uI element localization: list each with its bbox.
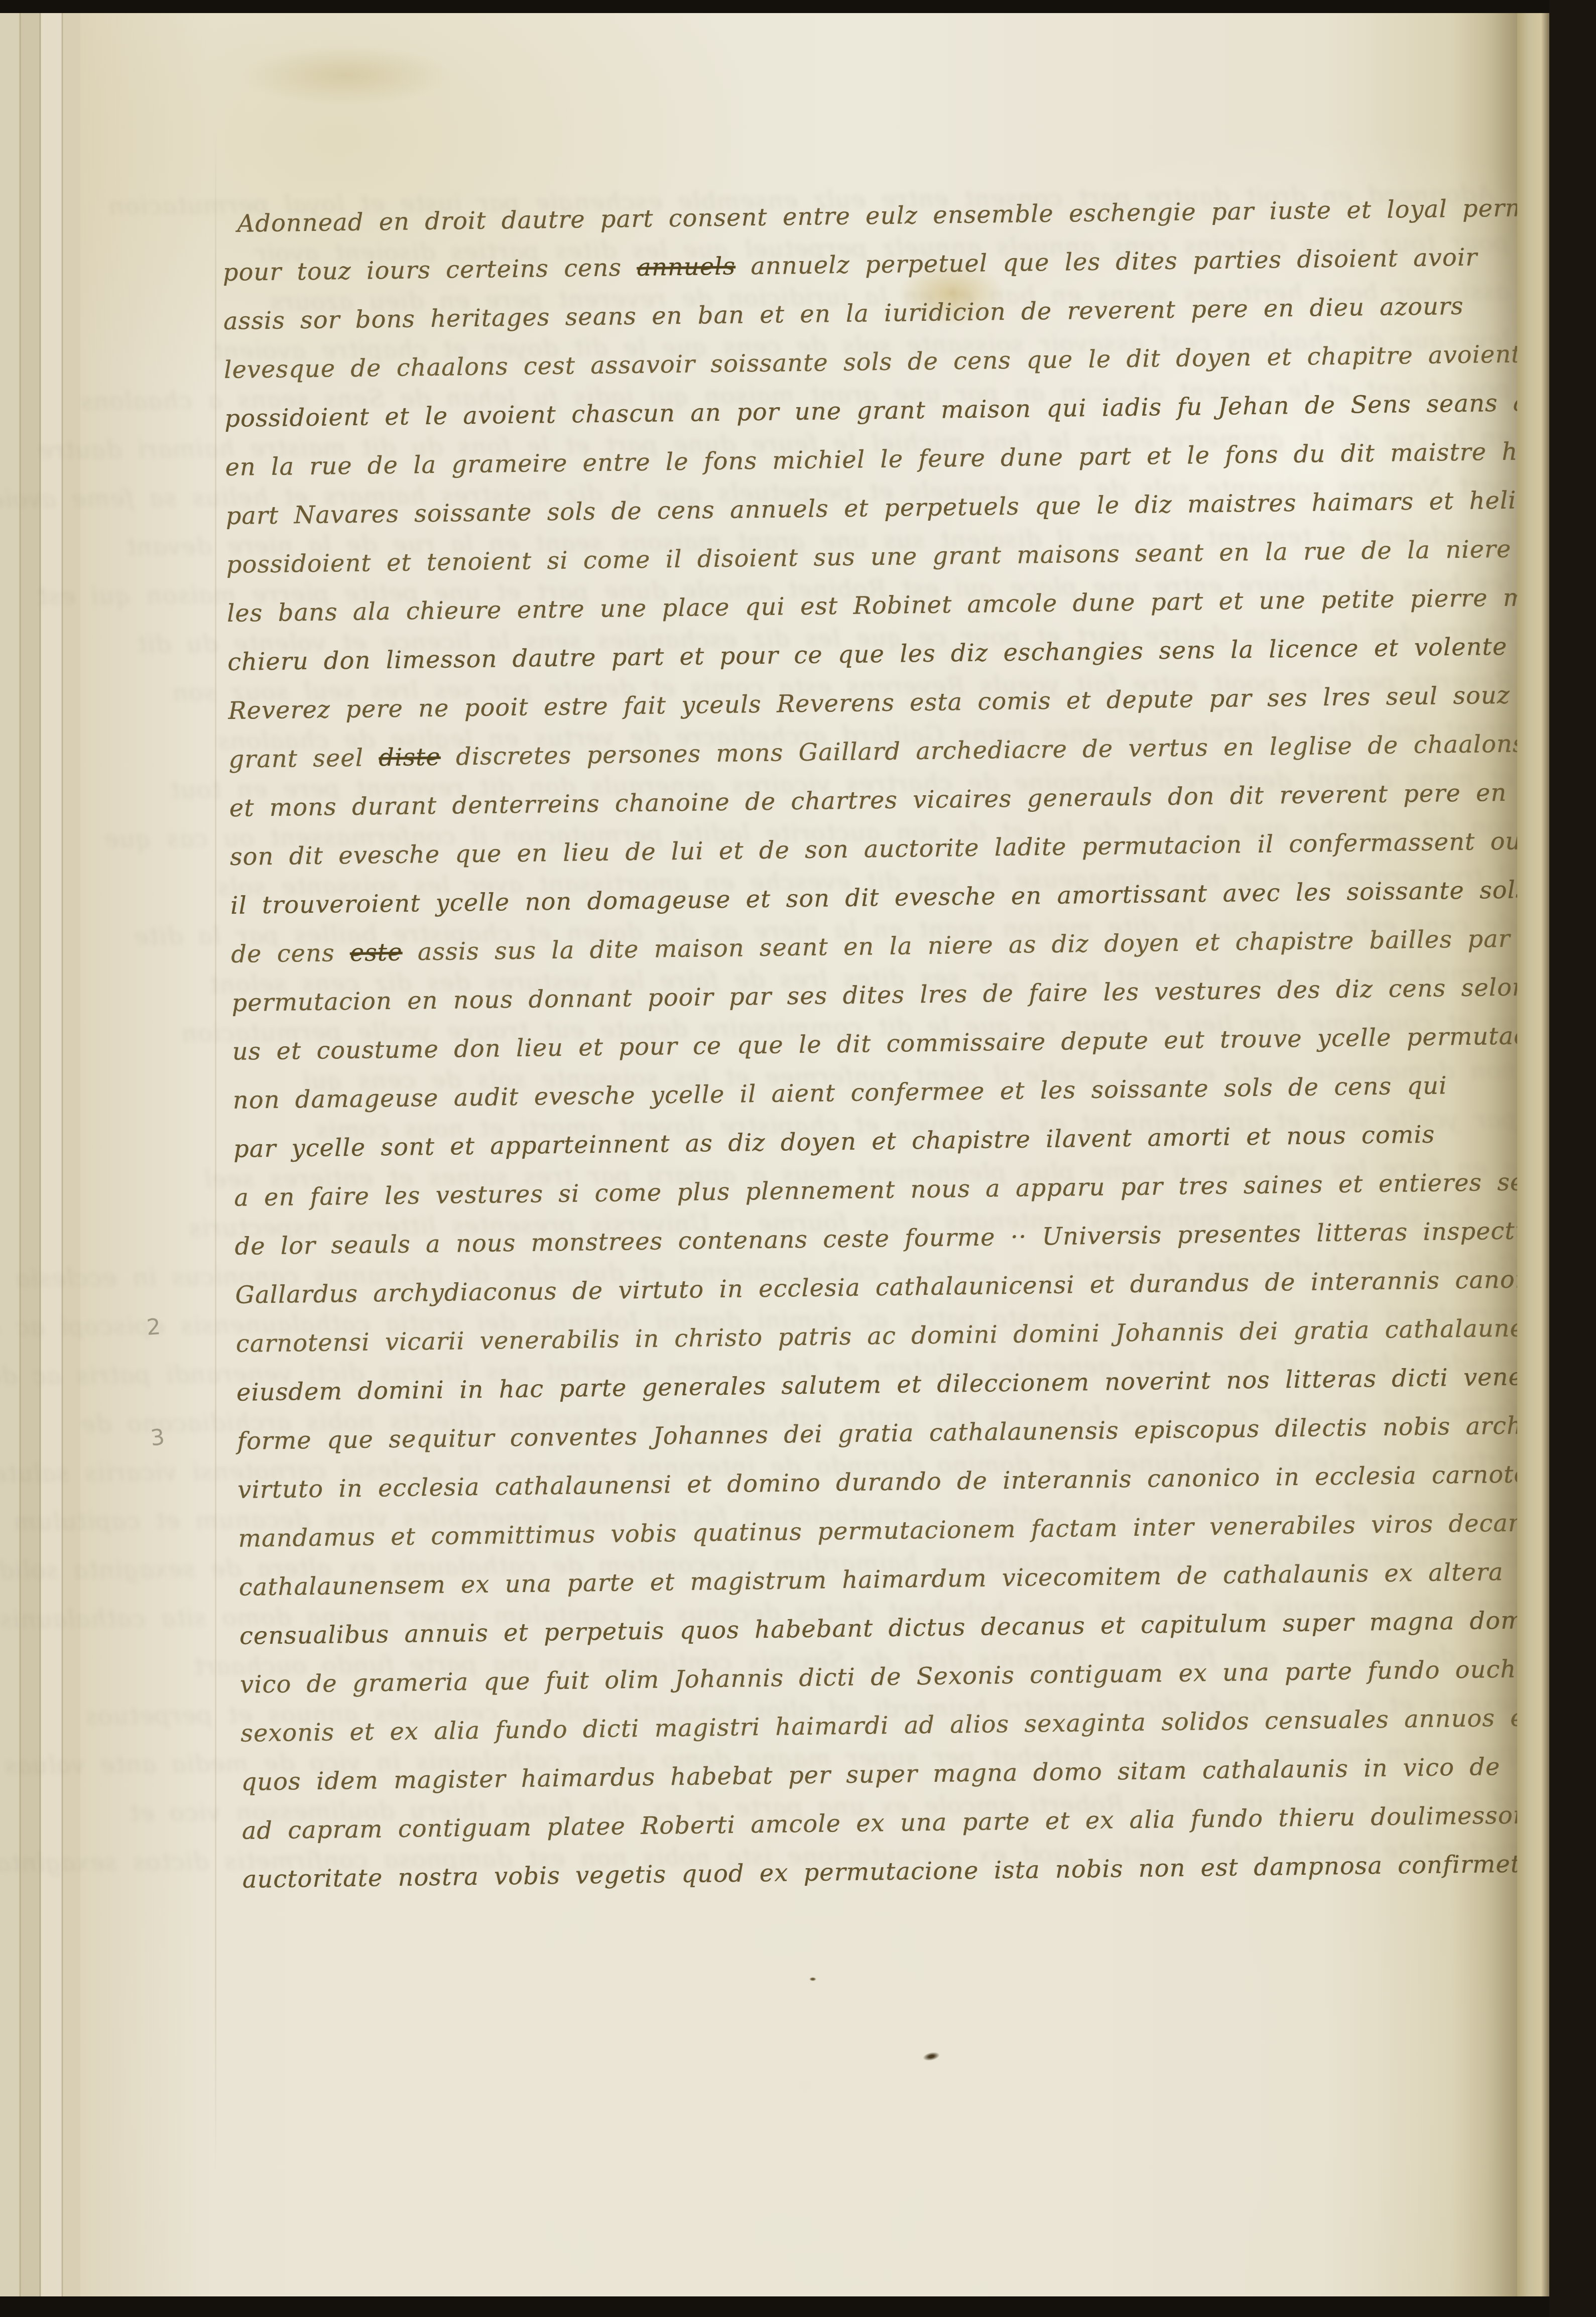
margin-crease [215,131,216,2179]
margin-number: 2 [146,1314,161,1340]
stacked-page-edges [0,0,88,2317]
manuscript-scan: Adonnead en droit dautre part consent en… [0,0,1596,2317]
parchment-stain [241,45,452,105]
page-edge-right [1517,0,1551,2317]
ink-speck [809,1977,816,1981]
manuscript-text: Adonnead en droit dautre part consent en… [222,184,1543,1904]
scan-border-right [1549,0,1596,2317]
scan-border-top [0,0,1596,13]
scan-border-bottom [0,2296,1596,2317]
struck-word: diste [379,743,441,772]
struck-word: annuels [637,253,735,282]
margin-number: 3 [149,1424,166,1451]
struck-word: este [350,938,403,967]
